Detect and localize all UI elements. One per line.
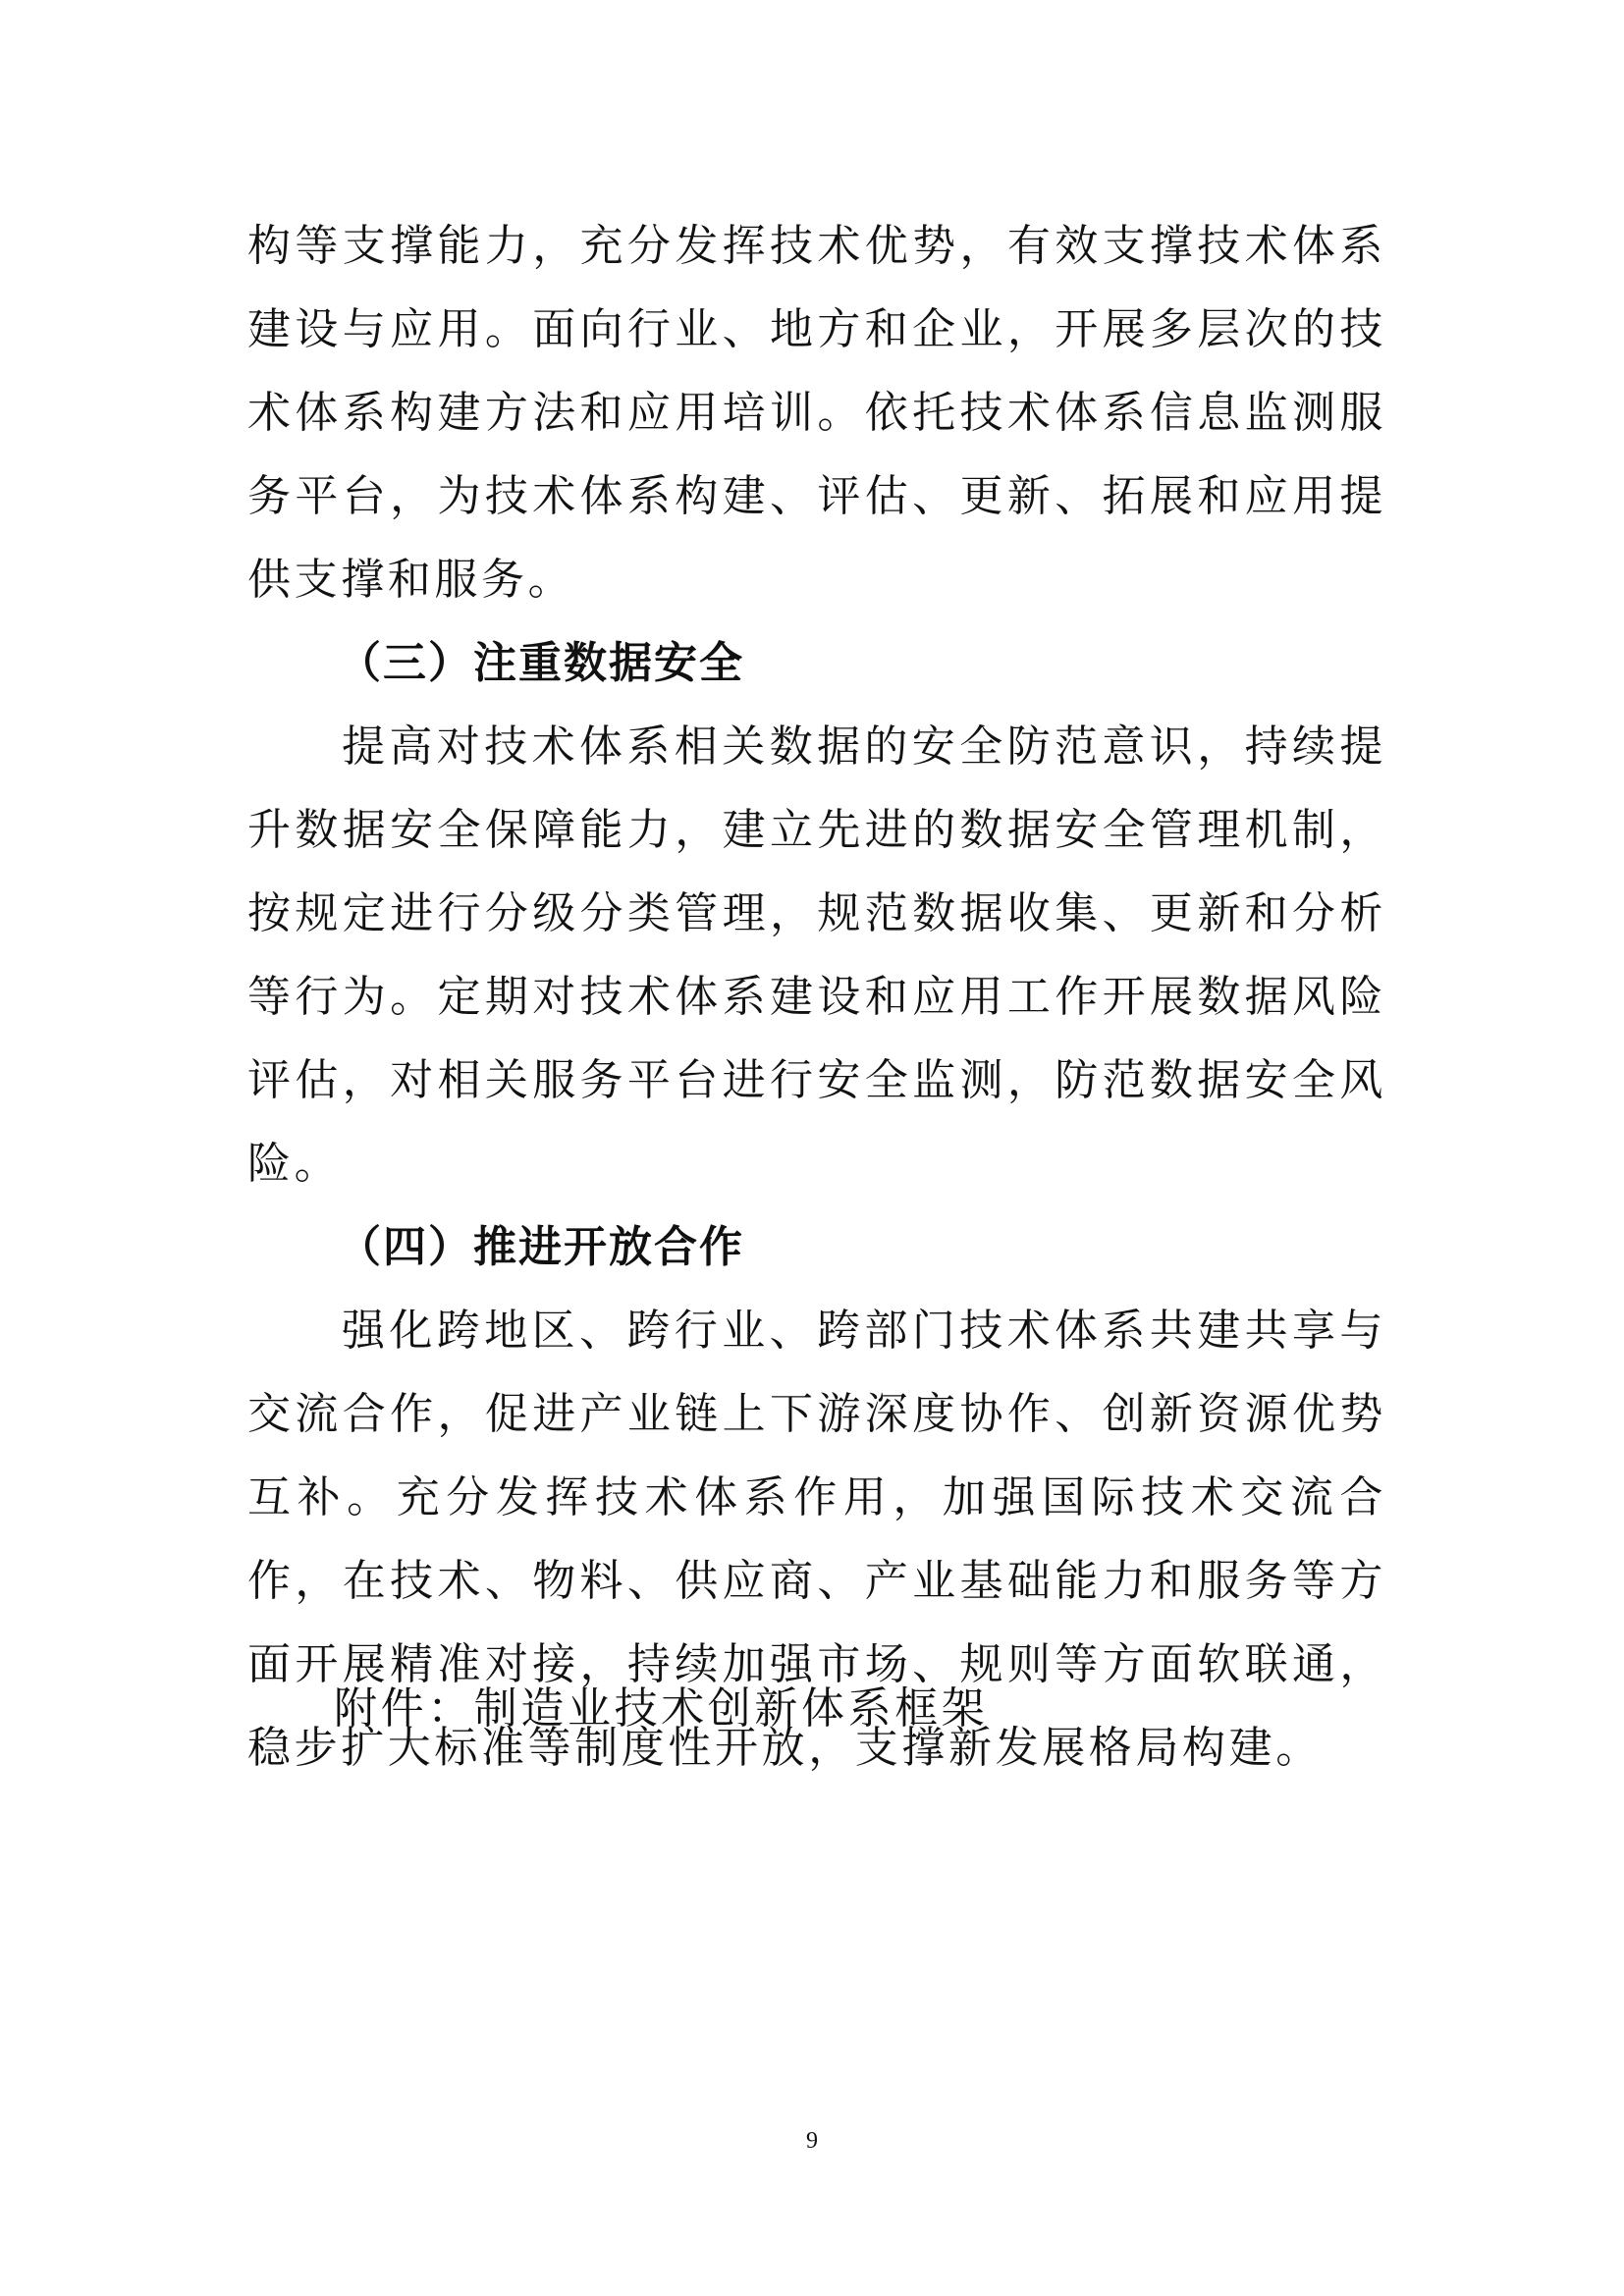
- attachment-note: 附件：制造业技术创新体系框架: [334, 1667, 988, 1750]
- document-body: 构等支撑能力，充分发挥技术优势，有效支撑技术体系建设与应用。面向行业、地方和企业…: [247, 204, 1386, 1789]
- continuation-paragraph: 构等支撑能力，充分发挥技术优势，有效支撑技术体系建设与应用。面向行业、地方和企业…: [247, 204, 1386, 621]
- page-number: 9: [0, 2128, 1624, 2155]
- section-heading-4: （四）推进开放合作: [247, 1205, 1386, 1289]
- document-page: 构等支撑能力，充分发挥技术优势，有效支撑技术体系建设与应用。面向行业、地方和企业…: [0, 0, 1624, 2296]
- section-heading-3: （三）注重数据安全: [247, 621, 1386, 705]
- section-body-3: 提高对技术体系相关数据的安全防范意识，持续提升数据安全保障能力，建立先进的数据安…: [247, 705, 1386, 1205]
